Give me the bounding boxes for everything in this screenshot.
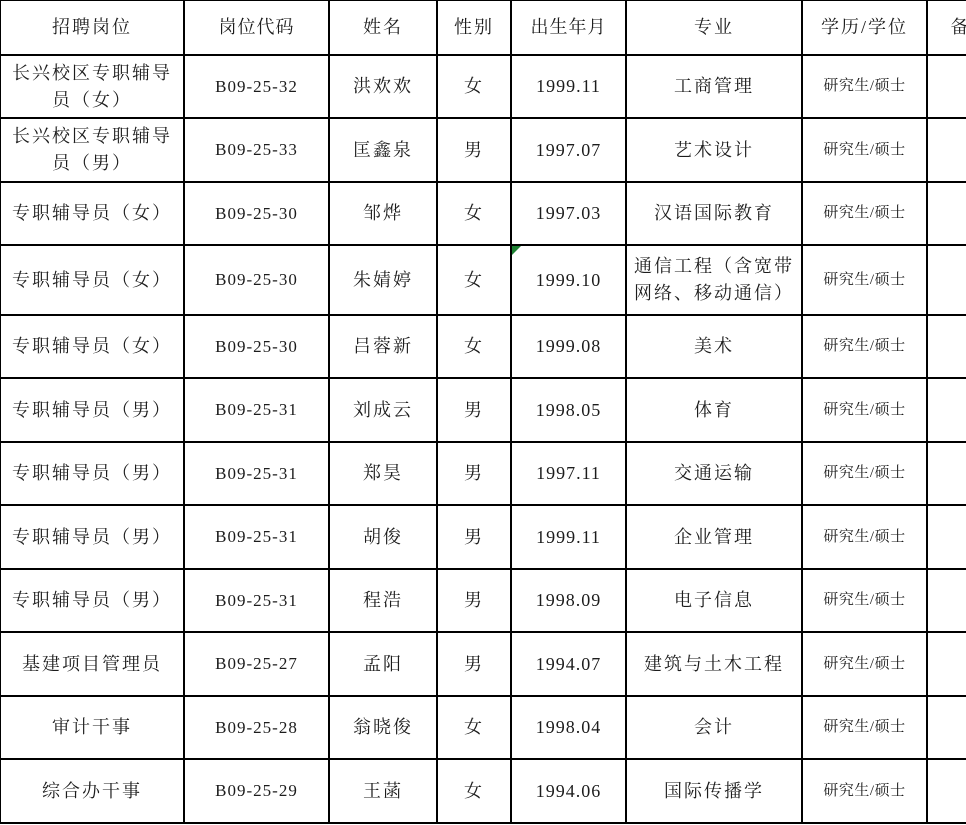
table-row: 长兴校区专职辅导员（女）B09-25-32洪欢欢女1999.11工商管理研究生/…: [0, 55, 966, 118]
cell-degree: 研究生/硕士: [802, 245, 927, 315]
cell-major: 美术: [626, 315, 802, 378]
table-row: 专职辅导员（女）B09-25-30邹烨女1997.03汉语国际教育研究生/硕士: [0, 182, 966, 245]
cell-degree: 研究生/硕士: [802, 505, 927, 568]
cell-position: 长兴校区专职辅导员（女）: [0, 55, 184, 118]
cell-remark: [927, 696, 966, 759]
cell-birth: 1997.11: [511, 442, 626, 505]
cell-major: 电子信息: [626, 569, 802, 632]
cell-gender: 女: [437, 55, 511, 118]
cell-birth: 1999.10: [511, 245, 626, 315]
cell-gender: 女: [437, 759, 511, 823]
recruitment-table: 招聘岗位岗位代码姓名性别出生年月专业学历/学位备注 长兴校区专职辅导员（女）B0…: [0, 0, 966, 824]
cell-code: B09-25-30: [184, 245, 329, 315]
cell-remark: [927, 118, 966, 181]
cell-degree: 研究生/硕士: [802, 696, 927, 759]
cell-name: 邹烨: [329, 182, 437, 245]
cell-code: B09-25-27: [184, 632, 329, 695]
column-header-major: 专业: [626, 0, 802, 55]
cell-position: 综合办干事: [0, 759, 184, 823]
table-row: 专职辅导员（男）B09-25-31刘成云男1998.05体育研究生/硕士: [0, 378, 966, 441]
cell-position: 专职辅导员（男）: [0, 505, 184, 568]
cell-name: 孟阳: [329, 632, 437, 695]
cell-major: 企业管理: [626, 505, 802, 568]
cell-code: B09-25-29: [184, 759, 329, 823]
cell-degree: 研究生/硕士: [802, 632, 927, 695]
cell-remark: [927, 505, 966, 568]
cell-name: 吕蓉新: [329, 315, 437, 378]
table-row: 专职辅导员（女）B09-25-30吕蓉新女1999.08美术研究生/硕士: [0, 315, 966, 378]
cell-remark: [927, 569, 966, 632]
cell-remark: [927, 442, 966, 505]
cell-gender: 男: [437, 632, 511, 695]
table-row: 长兴校区专职辅导员（男）B09-25-33匡鑫泉男1997.07艺术设计研究生/…: [0, 118, 966, 181]
cell-code: B09-25-32: [184, 55, 329, 118]
cell-gender: 男: [437, 118, 511, 181]
cell-birth: 1994.06: [511, 759, 626, 823]
cell-name: 朱婧婷: [329, 245, 437, 315]
cell-major: 通信工程（含宽带网络、移动通信）: [626, 245, 802, 315]
cell-name: 程浩: [329, 569, 437, 632]
cell-position: 专职辅导员（女）: [0, 182, 184, 245]
cell-birth: 1999.11: [511, 505, 626, 568]
cell-name: 匡鑫泉: [329, 118, 437, 181]
cell-gender: 男: [437, 505, 511, 568]
cell-major: 交通运输: [626, 442, 802, 505]
cell-position: 专职辅导员（女）: [0, 315, 184, 378]
cell-remark: [927, 245, 966, 315]
cell-code: B09-25-31: [184, 442, 329, 505]
header-row: 招聘岗位岗位代码姓名性别出生年月专业学历/学位备注: [0, 0, 966, 55]
cell-birth: 1998.04: [511, 696, 626, 759]
cell-degree: 研究生/硕士: [802, 759, 927, 823]
table-row: 专职辅导员（女）B09-25-30朱婧婷女1999.10通信工程（含宽带网络、移…: [0, 245, 966, 315]
cell-birth: 1999.11: [511, 55, 626, 118]
cell-name: 王菡: [329, 759, 437, 823]
column-header-birth: 出生年月: [511, 0, 626, 55]
cell-degree: 研究生/硕士: [802, 118, 927, 181]
cell-gender: 女: [437, 315, 511, 378]
column-header-degree: 学历/学位: [802, 0, 927, 55]
cell-major: 会计: [626, 696, 802, 759]
table-row: 综合办干事B09-25-29王菡女1994.06国际传播学研究生/硕士: [0, 759, 966, 823]
cell-position: 专职辅导员（女）: [0, 245, 184, 315]
cell-major: 国际传播学: [626, 759, 802, 823]
cell-code: B09-25-31: [184, 378, 329, 441]
cell-gender: 男: [437, 442, 511, 505]
cell-major: 艺术设计: [626, 118, 802, 181]
table-row: 专职辅导员（男）B09-25-31郑昊男1997.11交通运输研究生/硕士: [0, 442, 966, 505]
column-header-name: 姓名: [329, 0, 437, 55]
cell-remark: [927, 632, 966, 695]
cell-code: B09-25-31: [184, 569, 329, 632]
cell-name: 翁晓俊: [329, 696, 437, 759]
cell-degree: 研究生/硕士: [802, 182, 927, 245]
cell-birth: 1997.03: [511, 182, 626, 245]
cell-name: 洪欢欢: [329, 55, 437, 118]
cell-position: 专职辅导员（男）: [0, 569, 184, 632]
cell-birth: 1998.09: [511, 569, 626, 632]
cell-position: 长兴校区专职辅导员（男）: [0, 118, 184, 181]
cell-position: 基建项目管理员: [0, 632, 184, 695]
cell-code: B09-25-30: [184, 315, 329, 378]
cell-major: 体育: [626, 378, 802, 441]
table-body: 长兴校区专职辅导员（女）B09-25-32洪欢欢女1999.11工商管理研究生/…: [0, 55, 966, 823]
cell-name: 刘成云: [329, 378, 437, 441]
cell-gender: 女: [437, 182, 511, 245]
cell-remark: [927, 759, 966, 823]
cell-code: B09-25-31: [184, 505, 329, 568]
cell-degree: 研究生/硕士: [802, 315, 927, 378]
table-row: 专职辅导员（男）B09-25-31胡俊男1999.11企业管理研究生/硕士: [0, 505, 966, 568]
cell-degree: 研究生/硕士: [802, 55, 927, 118]
cell-birth: 1999.08: [511, 315, 626, 378]
cell-gender: 女: [437, 245, 511, 315]
column-header-remark: 备注: [927, 0, 966, 55]
cell-degree: 研究生/硕士: [802, 378, 927, 441]
cell-position: 专职辅导员（男）: [0, 442, 184, 505]
table-row: 基建项目管理员B09-25-27孟阳男1994.07建筑与土木工程研究生/硕士: [0, 632, 966, 695]
table-row: 审计干事B09-25-28翁晓俊女1998.04会计研究生/硕士: [0, 696, 966, 759]
cell-gender: 男: [437, 569, 511, 632]
cell-code: B09-25-30: [184, 182, 329, 245]
cell-position: 专职辅导员（男）: [0, 378, 184, 441]
error-indicator-icon: [512, 246, 521, 255]
table-header: 招聘岗位岗位代码姓名性别出生年月专业学历/学位备注: [0, 0, 966, 55]
cell-major: 汉语国际教育: [626, 182, 802, 245]
cell-remark: [927, 315, 966, 378]
cell-remark: [927, 378, 966, 441]
cell-birth: 1994.07: [511, 632, 626, 695]
cell-gender: 女: [437, 696, 511, 759]
table-row: 专职辅导员（男）B09-25-31程浩男1998.09电子信息研究生/硕士: [0, 569, 966, 632]
cell-remark: [927, 182, 966, 245]
cell-major: 工商管理: [626, 55, 802, 118]
cell-remark: [927, 55, 966, 118]
cell-birth: 1998.05: [511, 378, 626, 441]
cell-major: 建筑与土木工程: [626, 632, 802, 695]
cell-name: 胡俊: [329, 505, 437, 568]
cell-name: 郑昊: [329, 442, 437, 505]
cell-code: B09-25-33: [184, 118, 329, 181]
column-header-code: 岗位代码: [184, 0, 329, 55]
cell-degree: 研究生/硕士: [802, 569, 927, 632]
column-header-gender: 性别: [437, 0, 511, 55]
column-header-position: 招聘岗位: [0, 0, 184, 55]
cell-birth: 1997.07: [511, 118, 626, 181]
cell-code: B09-25-28: [184, 696, 329, 759]
cell-degree: 研究生/硕士: [802, 442, 927, 505]
cell-gender: 男: [437, 378, 511, 441]
cell-position: 审计干事: [0, 696, 184, 759]
